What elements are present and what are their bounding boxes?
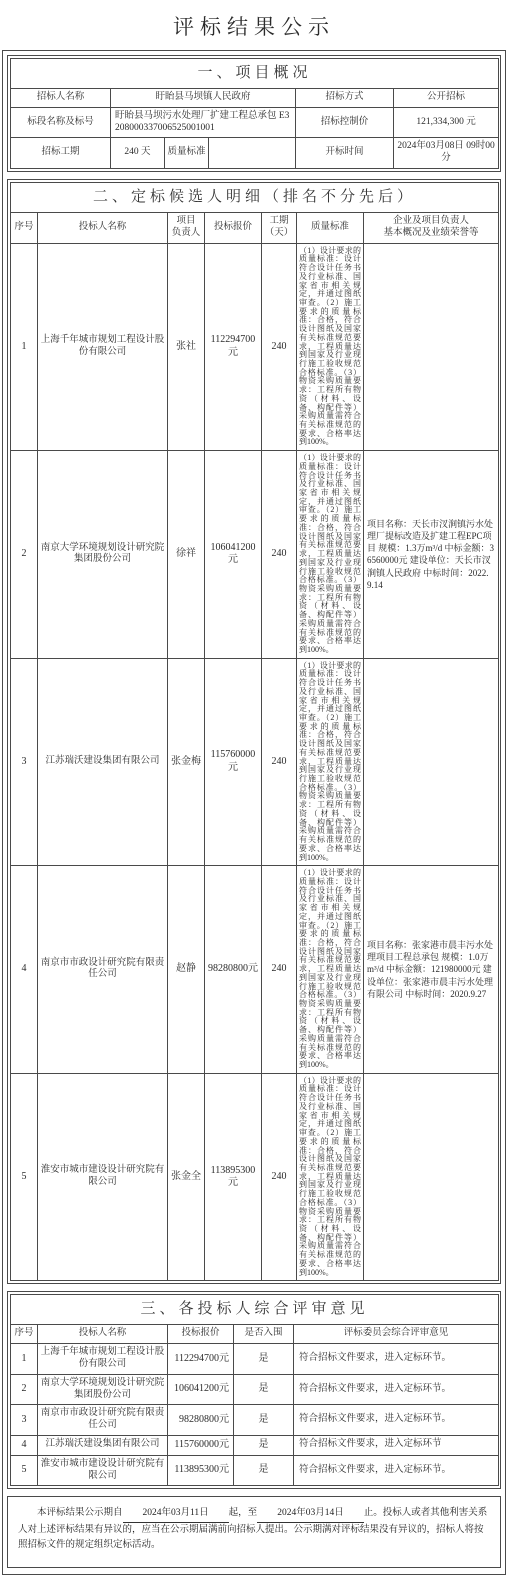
col-manager: 项目 负责人: [168, 212, 205, 243]
row-number: 3: [11, 1405, 38, 1436]
row-number: 4: [11, 866, 38, 1074]
col-price: 投标报价: [205, 212, 262, 243]
tender-name-label: 标段名称及标号: [11, 107, 111, 138]
notice-prefix: 本评标结果公示期自: [37, 1508, 123, 1518]
review-opinion: 符合招标文件要求，进入定标环节。: [294, 1343, 499, 1374]
duration-days: 240: [262, 243, 297, 451]
bid-price: 112294700元: [205, 243, 262, 451]
section2-header-row: 二、定标候选人明细（排名不分先后）: [11, 183, 499, 213]
project-manager: 张金梅: [168, 658, 205, 866]
table-row: 招标工期 240 天 质量标准 开标时间 2024年03月08日 09时00分: [11, 138, 499, 169]
achievement-text: 项目名称：天长市汊涧镇污水处理厂提标改造及扩建工程EPC项目 规模：1.3万m³…: [364, 451, 499, 659]
row-number: 4: [11, 1436, 38, 1456]
review-opinion: 符合招标文件要求，进入定标环节。: [294, 1455, 499, 1486]
project-overview-table: 一、项目概况 招标人名称 盱眙县马坝镇人民政府 招标方式 公开招标 标段名称及标…: [10, 58, 499, 169]
row-number: 1: [11, 243, 38, 451]
publicity-notice-text: 本评标结果公示期自2024年03月11日起，至2024年03月14日止。投标人或…: [12, 1501, 496, 1563]
control-price-label: 招标控制价: [296, 107, 394, 138]
shortlisted-flag: 是: [234, 1343, 294, 1374]
section3-title: 三、各投标人综合评审意见: [11, 1295, 499, 1325]
bid-price: 115760000元: [205, 658, 262, 866]
quality-standard-label: 质量标准: [165, 138, 209, 169]
quality-standard-text: （1）设计要求的质量标准：设计符合设计任务书及行业标准、国家省市相关规定，并通过…: [297, 1073, 364, 1281]
candidate-row: 2 南京大学环境规划设计研究院集团股份公司 徐祥 106041200元 240 …: [11, 451, 499, 659]
col-duration: 工期 （天）: [262, 212, 297, 243]
candidate-row: 3 江苏瑞沃建设集团有限公司 张金梅 115760000元 240 （1）设计要…: [11, 658, 499, 866]
bid-price: 112294700元: [168, 1343, 234, 1374]
publicity-start-date: 2024年03月11日: [123, 1506, 229, 1522]
candidate-row: 5 淮安市城市建设设计研究院有限公司 张金全 113895300元 240 （1…: [11, 1073, 499, 1281]
col-opinion: 评标委员会综合评审意见: [294, 1325, 499, 1344]
col-no: 序号: [11, 212, 38, 243]
tender-name-value: 盱眙县马坝污水处理厂扩建工程总承包 E320800033700652500100…: [111, 107, 296, 138]
row-number: 2: [11, 1374, 38, 1405]
bidder-name: 江苏瑞沃建设集团有限公司: [38, 658, 168, 866]
quality-standard-text: （1）设计要求的质量标准：设计符合设计任务书及行业标准、国家省市相关规定，并通过…: [297, 658, 364, 866]
review-opinion: 符合招标文件要求，进入定标环节。: [294, 1374, 499, 1405]
quality-standard-text: （1）设计要求的质量标准：设计符合设计任务书及行业标准、国家省市相关规定，并通过…: [297, 866, 364, 1074]
bidder-name-value: 盱眙县马坝镇人民政府: [111, 88, 296, 107]
col-quality: 质量标准: [297, 212, 364, 243]
control-price-value: 121,334,300 元: [394, 107, 499, 138]
bidder-name: 南京市市政设计研究院有限责任公司: [38, 866, 168, 1074]
col-price: 投标报价: [168, 1325, 234, 1344]
shortlisted-flag: 是: [234, 1436, 294, 1456]
shortlisted-flag: 是: [234, 1455, 294, 1486]
achievement-text: [364, 1073, 499, 1281]
col-bidder: 投标人名称: [38, 1325, 168, 1344]
notice-middle: 起，至: [229, 1508, 258, 1518]
section3-header-row: 三、各投标人综合评审意见: [11, 1295, 499, 1325]
column-header-row: 序号 投标人名称 投标报价 是否入围 评标委员会综合评审意见: [11, 1325, 499, 1344]
achievement-text: [364, 243, 499, 451]
section-candidate-detail: 二、定标候选人明细（排名不分先后） 序号 投标人名称 项目 负责人 投标报价 工…: [7, 179, 501, 1284]
project-manager: 张社: [168, 243, 205, 451]
project-manager: 徐祥: [168, 451, 205, 659]
table-row: 标段名称及标号 盱眙县马坝污水处理厂扩建工程总承包 E3208000337006…: [11, 107, 499, 138]
document-frame: 一、项目概况 招标人名称 盱眙县马坝镇人民政府 招标方式 公开招标 标段名称及标…: [2, 50, 506, 1575]
publicity-notice: 本评标结果公示期自2024年03月11日起，至2024年03月14日止。投标人或…: [7, 1496, 501, 1568]
row-number: 5: [11, 1073, 38, 1281]
tender-method-label: 招标方式: [296, 88, 394, 107]
column-header-row: 序号 投标人名称 项目 负责人 投标报价 工期 （天） 质量标准 企业及项目负责…: [11, 212, 499, 243]
bidder-name: 南京市市政设计研究院有限责任公司: [38, 1405, 168, 1436]
bidder-name: 江苏瑞沃建设集团有限公司: [38, 1436, 168, 1456]
bidder-name: 南京大学环境规划设计研究院集团股份公司: [38, 1374, 168, 1405]
page-title: 评标结果公示: [0, 0, 508, 50]
section-project-overview: 一、项目概况 招标人名称 盱眙县马坝镇人民政府 招标方式 公开招标 标段名称及标…: [7, 55, 501, 172]
bid-price: 113895300元: [205, 1073, 262, 1281]
tender-duration-label: 招标工期: [11, 138, 111, 169]
bidder-name: 淮安市城市建设设计研究院有限公司: [38, 1455, 168, 1486]
col-shortlisted: 是否入围: [234, 1325, 294, 1344]
opinion-row: 5 淮安市城市建设设计研究院有限公司 113895300元 是 符合招标文件要求…: [11, 1455, 499, 1486]
opinion-row: 1 上海千年城市规划工程设计股份有限公司 112294700元 是 符合招标文件…: [11, 1343, 499, 1374]
col-bidder: 投标人名称: [38, 212, 168, 243]
col-achievement: 企业及项目负责人 基本概况及业绩荣誉等: [364, 212, 499, 243]
publicity-end-date: 2024年03月14日: [257, 1506, 364, 1522]
quality-standard-text: （1）设计要求的质量标准：设计符合设计任务书及行业标准、国家省市相关规定，并通过…: [297, 451, 364, 659]
candidate-row: 4 南京市市政设计研究院有限责任公司 赵静 98280800元 240 （1）设…: [11, 866, 499, 1074]
tender-method-value: 公开招标: [394, 88, 499, 107]
duration-days: 240: [262, 451, 297, 659]
quality-standard-text: （1）设计要求的质量标准：设计符合设计任务书及行业标准、国家省市相关规定，并通过…: [297, 243, 364, 451]
open-time-label: 开标时间: [296, 138, 394, 169]
section-review-opinions: 三、各投标人综合评审意见 序号 投标人名称 投标报价 是否入围 评标委员会综合评…: [7, 1291, 501, 1489]
row-number: 3: [11, 658, 38, 866]
open-time-value: 2024年03月08日 09时00分: [394, 138, 499, 169]
review-opinion: 符合招标文件要求，进入定标环节。: [294, 1405, 499, 1436]
duration-days: 240: [262, 866, 297, 1074]
shortlisted-flag: 是: [234, 1405, 294, 1436]
row-number: 1: [11, 1343, 38, 1374]
shortlisted-flag: 是: [234, 1374, 294, 1405]
row-number: 2: [11, 451, 38, 659]
duration-days: 240: [262, 1073, 297, 1281]
bid-price: 106041200元: [205, 451, 262, 659]
section1-title: 一、项目概况: [11, 59, 499, 89]
review-opinion: 符合招标文件要求，进入定标环节: [294, 1436, 499, 1456]
tender-duration-value: 240 天: [111, 138, 165, 169]
bid-price: 113895300元: [168, 1455, 234, 1486]
bid-price: 98280800元: [205, 866, 262, 1074]
project-manager: 张金全: [168, 1073, 205, 1281]
section1-header-row: 一、项目概况: [11, 59, 499, 89]
bidder-name: 南京大学环境规划设计研究院集团股份公司: [38, 451, 168, 659]
table-row: 招标人名称 盱眙县马坝镇人民政府 招标方式 公开招标: [11, 88, 499, 107]
quality-standard-value: [209, 138, 296, 169]
section2-title: 二、定标候选人明细（排名不分先后）: [11, 183, 499, 213]
bidder-name: 上海千年城市规划工程设计股份有限公司: [38, 243, 168, 451]
achievement-text: 项目名称：张家港市晨丰污水处理项目工程总承包 规模：1.0万m³/d 中标金额：…: [364, 866, 499, 1074]
bidder-name-label: 招标人名称: [11, 88, 111, 107]
opinion-row: 2 南京大学环境规划设计研究院集团股份公司 106041200元 是 符合招标文…: [11, 1374, 499, 1405]
duration-days: 240: [262, 658, 297, 866]
opinion-row: 4 江苏瑞沃建设集团有限公司 115760000元 是 符合招标文件要求，进入定…: [11, 1436, 499, 1456]
bid-price: 115760000元: [168, 1436, 234, 1456]
opinion-row: 3 南京市市政设计研究院有限责任公司 98280800元 是 符合招标文件要求，…: [11, 1405, 499, 1436]
candidate-detail-table: 二、定标候选人明细（排名不分先后） 序号 投标人名称 项目 负责人 投标报价 工…: [10, 182, 499, 1281]
achievement-text: [364, 658, 499, 866]
bidder-name: 上海千年城市规划工程设计股份有限公司: [38, 1343, 168, 1374]
bid-price: 106041200元: [168, 1374, 234, 1405]
col-no: 序号: [11, 1325, 38, 1344]
row-number: 5: [11, 1455, 38, 1486]
bid-price: 98280800元: [168, 1405, 234, 1436]
project-manager: 赵静: [168, 866, 205, 1074]
bidder-name: 淮安市城市建设设计研究院有限公司: [38, 1073, 168, 1281]
review-opinions-table: 三、各投标人综合评审意见 序号 投标人名称 投标报价 是否入围 评标委员会综合评…: [10, 1294, 499, 1486]
candidate-row: 1 上海千年城市规划工程设计股份有限公司 张社 112294700元 240 （…: [11, 243, 499, 451]
